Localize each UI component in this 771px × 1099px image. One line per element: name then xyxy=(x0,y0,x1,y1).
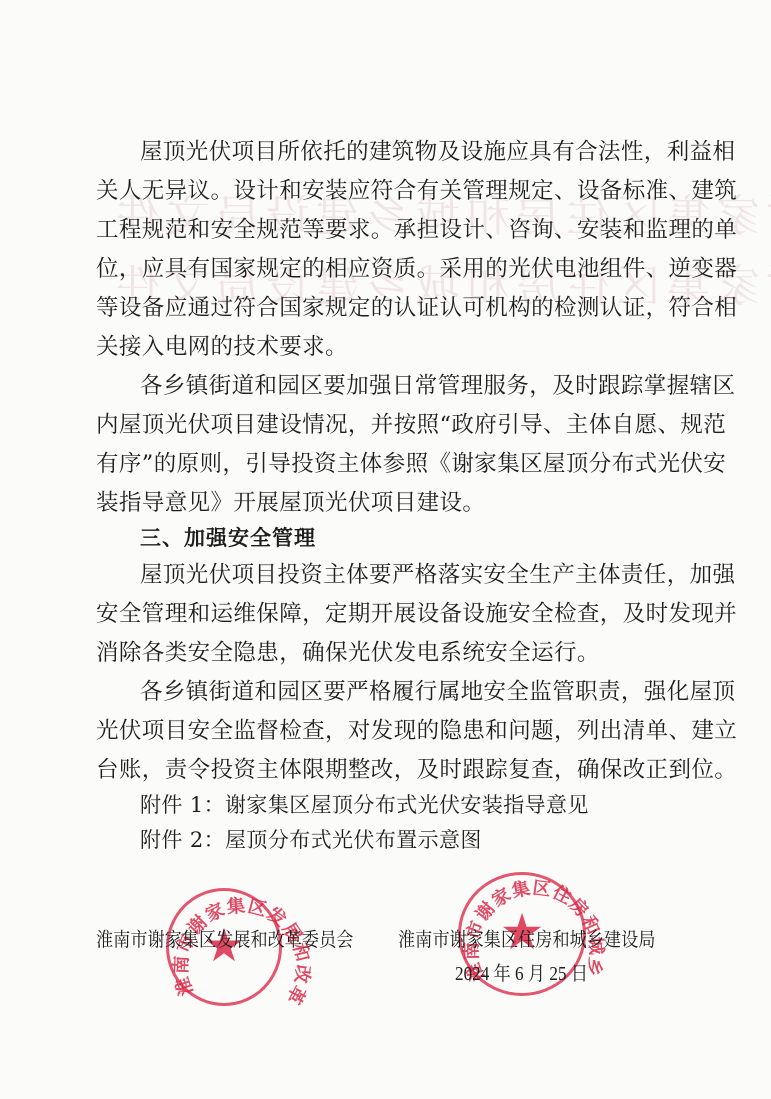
document-page: 淮南市谢家集区住房和城乡建设局文件 淮南市谢家集区住房和城乡建设局文件 屋顶光伏… xyxy=(0,0,771,1099)
paragraph-line: 有序”的原则，引导投资主体参照《谢家集区屋顶分布式光伏安 xyxy=(96,449,696,479)
paragraph-line: 关人无异议。设计和安装应符合有关管理规定、设备标准、建筑 xyxy=(96,176,696,206)
paragraph-line: 屋顶光伏项目投资主体要严格落实安全生产主体责任，加强 xyxy=(140,560,696,590)
paragraph-line: 光伏项目安全监督检查，对发现的隐患和问题，列出清单、建立 xyxy=(96,716,696,746)
paragraph-line: 位，应具有国家规定的相应资质。采用的光伏电池组件、逆变器 xyxy=(96,254,696,284)
attachment-2: 附件 2：屋顶分布式光伏布置示意图 xyxy=(140,825,696,855)
document-date: 2024 年 6 月 25 日 xyxy=(455,962,588,988)
paragraph-line: 消除各类安全隐患，确保光伏发电系统安全运行。 xyxy=(96,638,696,668)
paragraph-line: 等设备应通过符合国家规定的认证认可机构的检测认证，符合相 xyxy=(96,293,696,323)
attachment-1: 附件 1：谢家集区屋顶分布式光伏安装指导意见 xyxy=(140,790,696,820)
paragraph-line: 台账，责令投资主体限期整改，及时跟踪复查，确保改正到位。 xyxy=(96,755,696,785)
paragraph-line: 各乡镇街道和园区要严格履行属地安全监管职责，强化屋顶 xyxy=(140,677,696,707)
paragraph-line: 装指导意见》开展屋顶光伏项目建设。 xyxy=(96,488,696,518)
paragraph-line: 关接入电网的技术要求。 xyxy=(96,332,696,362)
signatory-ndrc: 淮南市谢家集区发展和改革委员会 xyxy=(96,928,353,954)
signatory-housing: 淮南市谢家集区住房和城乡建设局 xyxy=(398,928,655,954)
section-heading: 三、加强安全管理 xyxy=(140,523,696,553)
paragraph-line: 安全管理和运维保障，定期开展设备设施安全检查，及时发现并 xyxy=(96,599,696,629)
paragraph-line: 各乡镇街道和园区要加强日常管理服务，及时跟踪掌握辖区 xyxy=(140,371,696,401)
paragraph-line: 工程规范和安全规范等要求。承担设计、咨询、安装和监理的单 xyxy=(96,215,696,245)
paragraph-line: 屋顶光伏项目所依托的建筑物及设施应具有合法性，利益相 xyxy=(140,137,696,167)
paragraph-line: 内屋顶光伏项目建设情况，并按照“政府引导、主体自愿、规范 xyxy=(96,410,696,440)
